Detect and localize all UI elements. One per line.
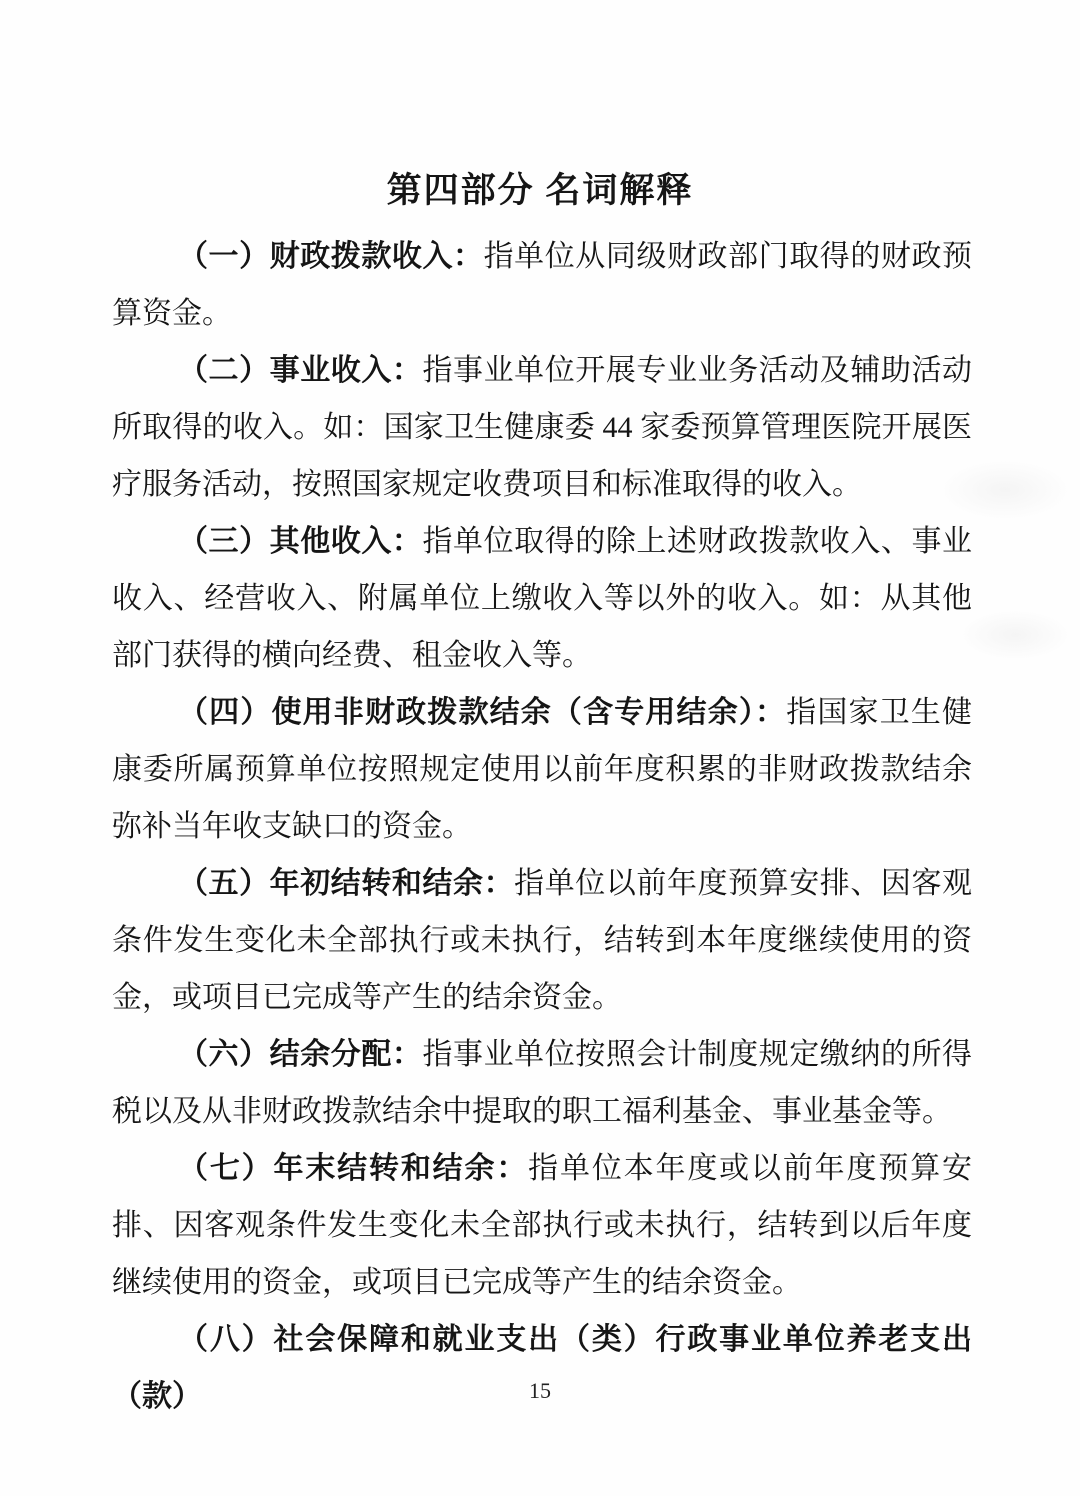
definition-paragraph-4: （四）使用非财政拨款结余（含专用结余）：指国家卫生健康委所属预算单位按照规定使用… [112, 684, 972, 855]
definition-paragraph-1: （一）财政拨款收入：指单位从同级财政部门取得的财政预算资金。 [112, 228, 972, 342]
scan-artifact [960, 610, 1070, 660]
page-number: 15 [0, 1378, 1080, 1404]
definition-paragraph-5: （五）年初结转和结余：指单位以前年度预算安排、因客观条件发生变化未全部执行或未执… [112, 855, 972, 1026]
definition-paragraph-7: （七）年末结转和结余：指单位本年度或以前年度预算安排、因客观条件发生变化未全部执… [112, 1140, 972, 1311]
definition-paragraph-3: （三）其他收入：指单位取得的除上述财政拨款收入、事业收入、经营收入、附属单位上缴… [112, 513, 972, 684]
term-label-1: （一）财政拨款收入： [178, 240, 484, 273]
document-body: （一）财政拨款收入：指单位从同级财政部门取得的财政预算资金。 （二）事业收入：指… [112, 228, 972, 1425]
term-label-3: （三）其他收入： [178, 525, 422, 558]
term-label-2: （二）事业收入： [178, 354, 422, 387]
definition-paragraph-8: （八）社会保障和就业支出（类）行政事业单位养老支出（款） [112, 1311, 972, 1425]
definition-paragraph-2: （二）事业收入：指事业单位开展专业业务活动及辅助活动所取得的收入。如：国家卫生健… [112, 342, 972, 513]
document-page: 第四部分 名词解释 （一）财政拨款收入：指单位从同级财政部门取得的财政预算资金。… [0, 0, 1080, 1496]
term-label-5: （五）年初结转和结余： [178, 867, 514, 900]
definition-paragraph-6: （六）结余分配：指事业单位按照会计制度规定缴纳的所得税以及从非财政拨款结余中提取… [112, 1026, 972, 1140]
term-label-7: （七）年末结转和结余： [178, 1152, 528, 1185]
section-title: 第四部分 名词解释 [0, 0, 1080, 214]
term-label-6: （六）结余分配： [178, 1038, 422, 1071]
term-label-4: （四）使用非财政拨款结余（含专用结余）： [178, 696, 786, 729]
